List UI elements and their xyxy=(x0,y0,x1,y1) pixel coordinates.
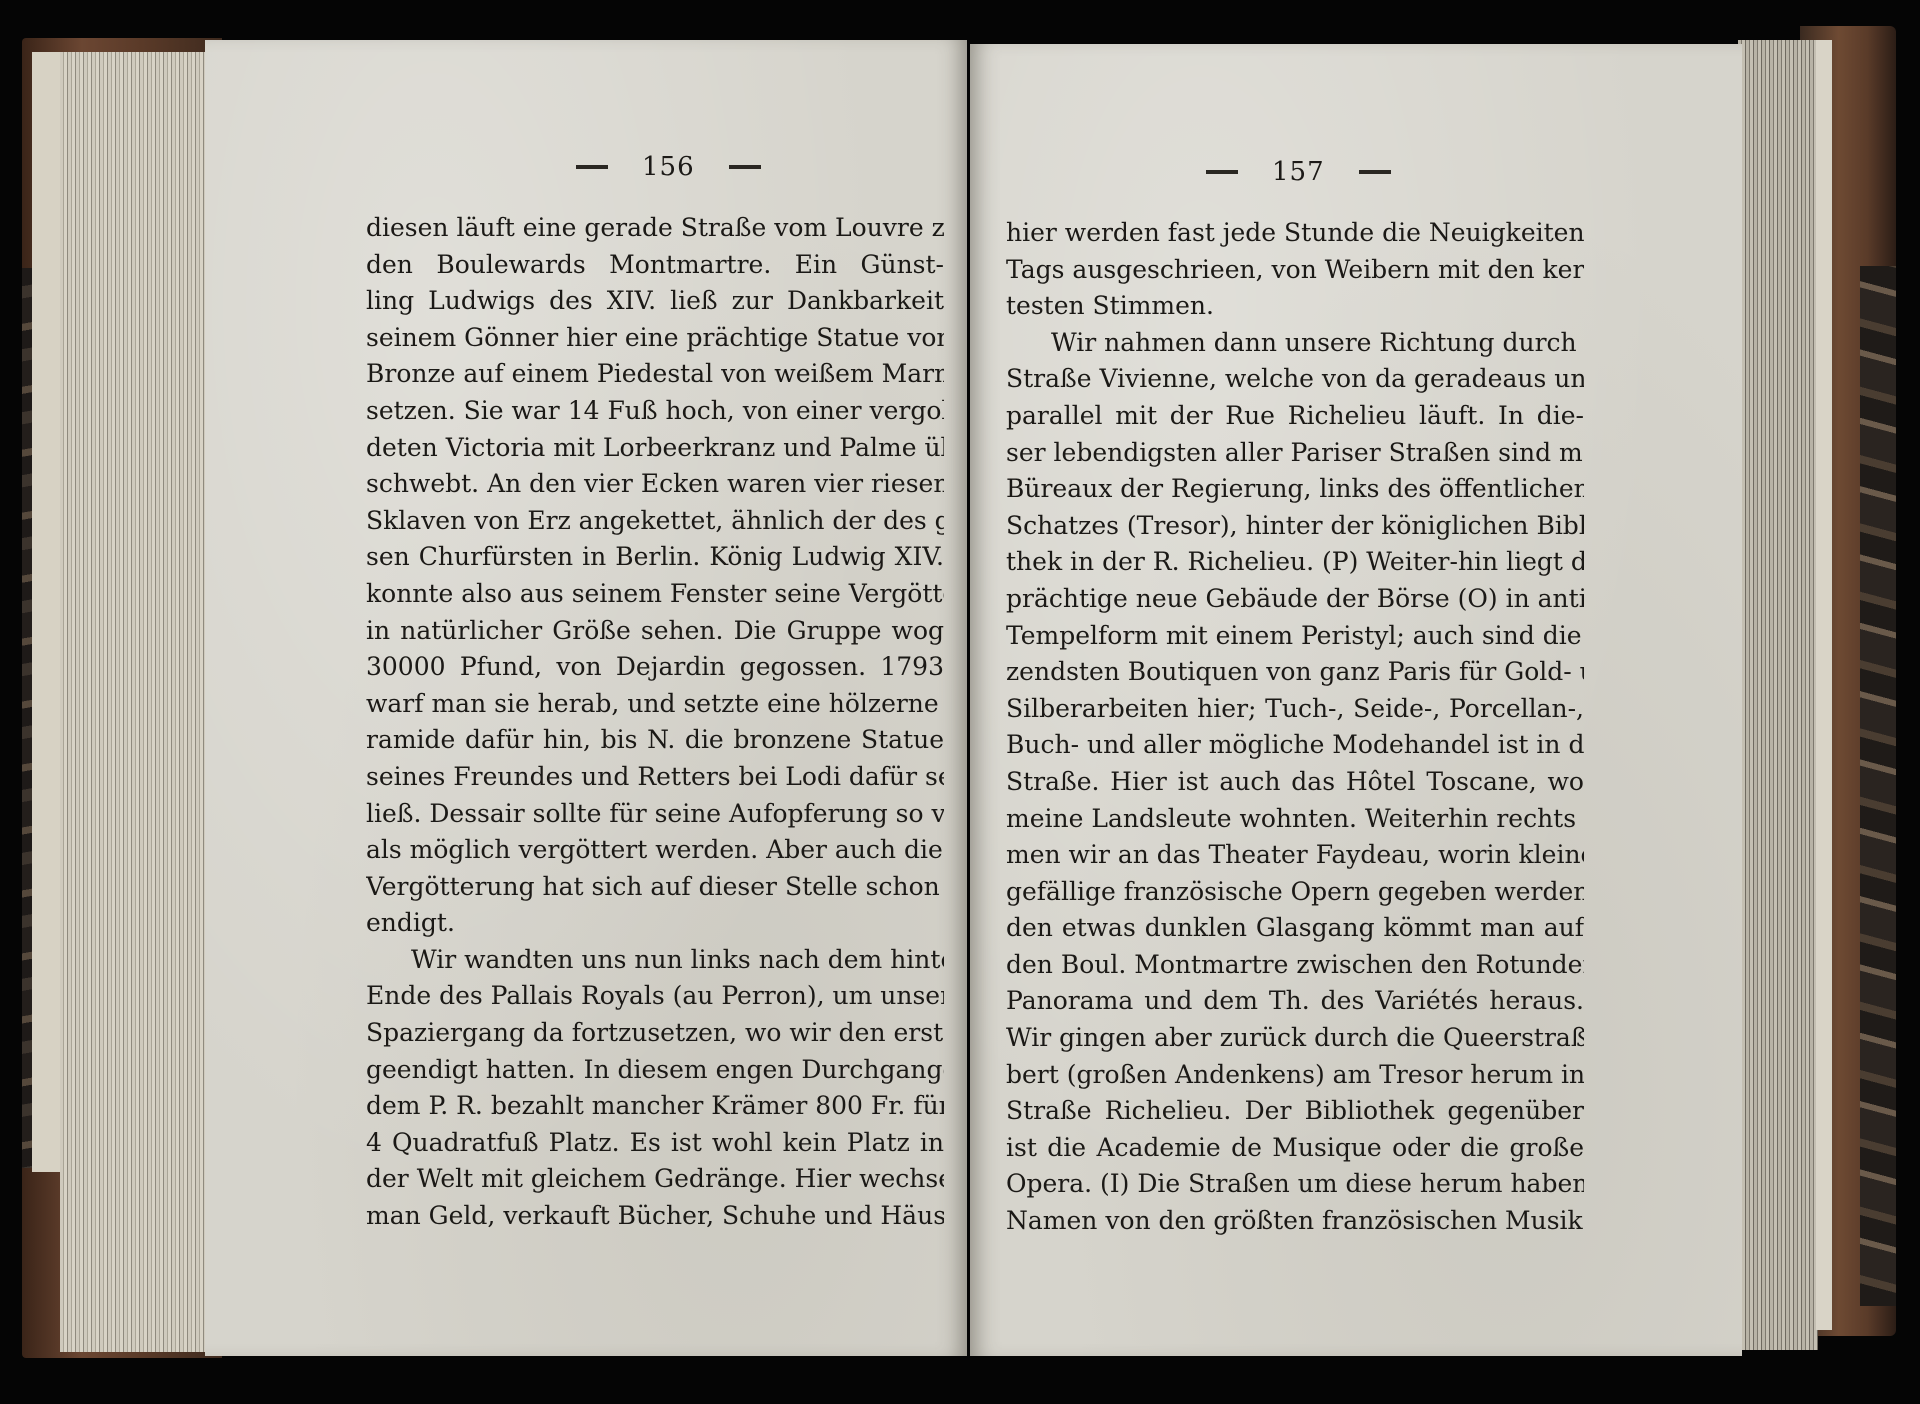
text-line: Ende des Pallais Royals (au Perron), um … xyxy=(366,978,944,1015)
paragraph-start-line: Wir nahmen dann unsere Richtung durch di… xyxy=(1006,325,1584,362)
folio-dash xyxy=(1359,170,1391,174)
page-number-157: 157 xyxy=(1272,157,1325,187)
text-line: ramide dafür hin, bis N. die bronzene St… xyxy=(366,722,944,759)
text-line: Tempelform mit einem Peristyl; auch sind… xyxy=(1006,618,1584,655)
text-line: seinem Gönner hier eine prächtige Statue… xyxy=(366,320,944,357)
text-line: setzen. Sie war 14 Fuß hoch, von einer v… xyxy=(366,393,944,430)
text-line: ling Ludwigs des XIV. ließ zur Dankbarke… xyxy=(366,283,944,320)
text-line: Silberarbeiten hier; Tuch-, Seide-, Porc… xyxy=(1006,691,1584,728)
left-page-text: diesen läuft eine gerade Straße vom Louv… xyxy=(366,210,944,1235)
text-line: Tags ausgeschrieen, von Weibern mit den … xyxy=(1006,252,1584,289)
text-line: Sklaven von Erz angekettet, ähnlich der … xyxy=(366,503,944,540)
text-line: als möglich vergöttert werden. Aber auch… xyxy=(366,832,944,869)
text-line: ließ. Dessair sollte für seine Aufopferu… xyxy=(366,796,944,833)
right-page-text: hier werden fast jede Stunde die Neuigke… xyxy=(1006,215,1584,1240)
text-line: Spaziergang da fortzusetzen, wo wir den … xyxy=(366,1015,944,1052)
text-line: 30000 Pfund, von Dejardin gegossen. 1793 xyxy=(366,649,944,686)
paragraph-end-line: testen Stimmen. xyxy=(1006,288,1584,325)
folio-dash xyxy=(1206,170,1238,174)
text-line: Büreaux der Regierung, links des öffentl… xyxy=(1006,471,1584,508)
text-line: den etwas dunklen Glasgang kömmt man auf xyxy=(1006,910,1584,947)
text-line: der Welt mit gleichem Gedränge. Hier wec… xyxy=(366,1161,944,1198)
text-line: men wir an das Theater Faydeau, worin kl… xyxy=(1006,837,1584,874)
text-line: warf man sie herab, und setzte eine hölz… xyxy=(366,686,944,723)
text-line: hier werden fast jede Stunde die Neuigke… xyxy=(1006,215,1584,252)
text-line: Opera. (I) Die Straßen um diese herum ha… xyxy=(1006,1166,1584,1203)
text-line: den Boul. Montmartre zwischen den Rotund… xyxy=(1006,947,1584,984)
text-line: den Boulewards Montmartre. Ein Günst- xyxy=(366,247,944,284)
text-line: Straße Richelieu. Der Bibliothek gegenüb… xyxy=(1006,1093,1584,1130)
left-page-number: 156 xyxy=(576,152,761,182)
paragraph-start-line: Wir wandten uns nun links nach dem hinte… xyxy=(366,942,944,979)
folio-dash xyxy=(576,165,608,169)
text-line: ser lebendigsten aller Pariser Straßen s… xyxy=(1006,435,1584,472)
text-line: schwebt. An den vier Ecken waren vier ri… xyxy=(366,466,944,503)
page-number-156: 156 xyxy=(642,152,695,182)
text-line: ist die Academie de Musique oder die gro… xyxy=(1006,1130,1584,1167)
text-line: sen Churfürsten in Berlin. König Ludwig … xyxy=(366,539,944,576)
text-line: zendsten Boutiquen von ganz Paris für Go… xyxy=(1006,654,1584,691)
page-edges-left xyxy=(60,52,210,1352)
page-edges-right xyxy=(1738,40,1818,1350)
flyleaf-right xyxy=(1816,40,1832,1330)
text-line: geendigt hatten. In diesem engen Durchga… xyxy=(366,1052,944,1089)
text-line: in natürlicher Größe sehen. Die Gruppe w… xyxy=(366,613,944,650)
text-line: seines Freundes und Retters bei Lodi daf… xyxy=(366,759,944,796)
paragraph-end-line: endigt. xyxy=(366,905,944,942)
text-line: Schatzes (Tresor), hinter der königliche… xyxy=(1006,508,1584,545)
text-line: parallel mit der Rue Richelieu läuft. In… xyxy=(1006,398,1584,435)
text-line: man Geld, verkauft Bücher, Schuhe und Hä… xyxy=(366,1198,944,1235)
text-line: Straße Vivienne, welche von da geradeaus… xyxy=(1006,361,1584,398)
text-line: deten Victoria mit Lorbeerkranz und Palm… xyxy=(366,430,944,467)
text-line: Wir gingen aber zurück durch die Queerst… xyxy=(1006,1020,1584,1057)
text-line: dem P. R. bezahlt mancher Krämer 800 Fr.… xyxy=(366,1088,944,1125)
text-line: konnte also aus seinem Fenster seine Ver… xyxy=(366,576,944,613)
text-line: Panorama und dem Th. des Variétés heraus… xyxy=(1006,983,1584,1020)
folio-dash xyxy=(729,165,761,169)
text-line: prächtige neue Gebäude der Börse (O) in … xyxy=(1006,581,1584,618)
text-line: bert (großen Andenkens) am Tresor herum … xyxy=(1006,1057,1584,1094)
text-line: Straße. Hier ist auch das Hôtel Toscane,… xyxy=(1006,764,1584,801)
text-line: gefällige französische Opern gegeben wer… xyxy=(1006,874,1584,911)
flyleaf-left xyxy=(32,52,60,1172)
text-line: Vergötterung hat sich auf dieser Stelle … xyxy=(366,869,944,906)
marbled-board-right xyxy=(1860,266,1896,1306)
text-line: Buch- und aller mögliche Modehandel ist … xyxy=(1006,727,1584,764)
text-line: meine Landsleute wohnten. Weiterhin rech… xyxy=(1006,801,1584,838)
text-line: 4 Quadratfuß Platz. Es ist wohl kein Pla… xyxy=(366,1125,944,1162)
text-line: Bronze auf einem Piedestal von weißem Ma… xyxy=(366,356,944,393)
right-page-number: 157 xyxy=(1206,157,1391,187)
text-line: Namen von den größten französischen Musi… xyxy=(1006,1203,1584,1240)
text-line: thek in der R. Richelieu. (P) Weiter-hin… xyxy=(1006,544,1584,581)
text-line: diesen läuft eine gerade Straße vom Louv… xyxy=(366,210,944,247)
